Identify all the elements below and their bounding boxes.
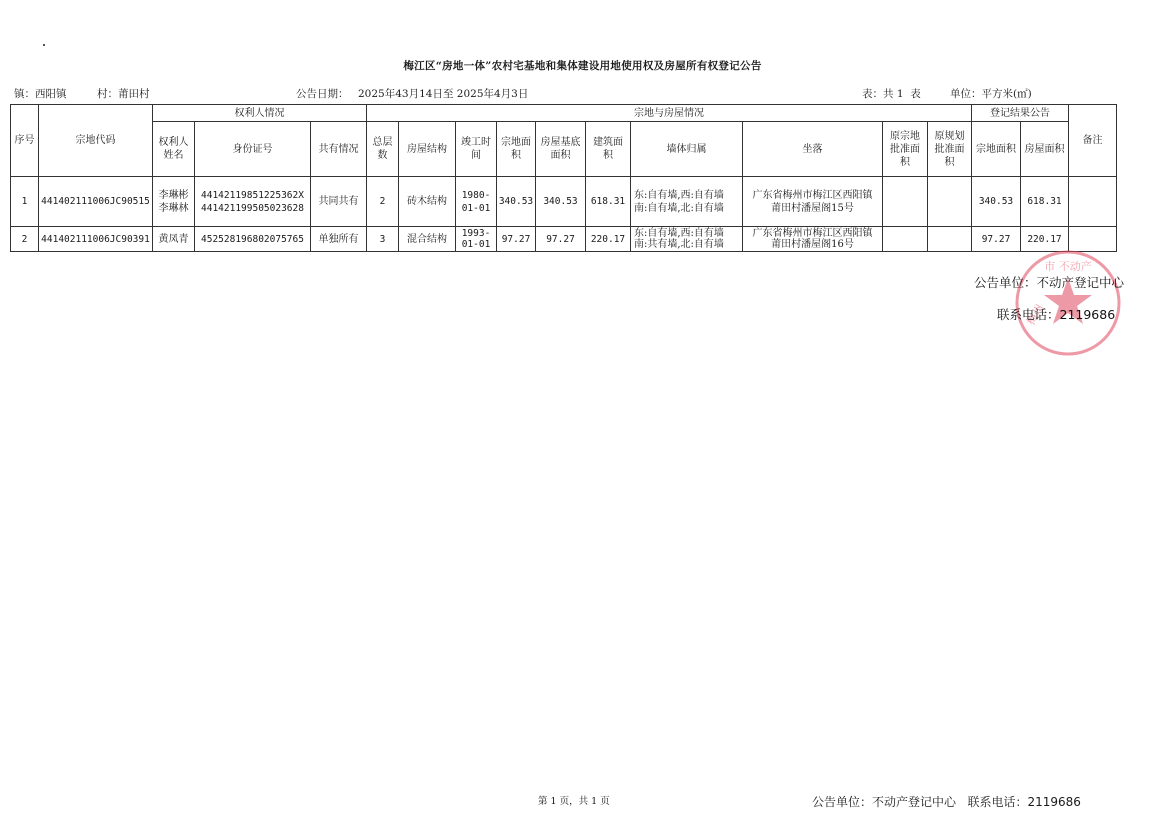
cell-structure: 混合结构 <box>399 227 456 252</box>
cell-wall: 东:自有墙,西:自有墙南:共有墙,北:自有墙 <box>631 227 743 252</box>
svg-text:市 不动产: 市 不动产 <box>1044 259 1092 273</box>
cell-orig-land-approved <box>883 177 928 227</box>
completion-part: 1980- <box>457 189 495 202</box>
cell-land-area: 97.27 <box>497 227 536 252</box>
document-title: 梅江区“房地一体”农村宅基地和集体建设用地使用权及房屋所有权登记公告 <box>0 58 1165 73</box>
registration-table: 序号 宗地代码 权利人情况 宗地与房屋情况 登记结果公告 备注 权利人姓名 身份… <box>10 104 1117 252</box>
cell-co-ownership: 单独所有 <box>311 227 367 252</box>
header-co-ownership: 共有情况 <box>311 122 367 177</box>
cell-location: 广东省梅州市梅江区西阳镇莆田村潘屋阁15号 <box>743 177 883 227</box>
cell-result-land-area: 340.53 <box>972 177 1021 227</box>
completion-part: 01-01 <box>457 202 495 215</box>
cell-holder-name: 黄凤青 <box>153 227 195 252</box>
header-remarks: 备注 <box>1069 105 1117 177</box>
header-orig-plan-approved: 原规划批准面积 <box>928 122 972 177</box>
header-holder-name: 权利人姓名 <box>153 122 195 177</box>
completion-part: 1993- <box>457 228 495 239</box>
unit-label: 单位：平方米(㎡) <box>950 86 1032 101</box>
cell-location: 广东省梅州市梅江区西阳镇莆田村潘屋阁16号 <box>743 227 883 252</box>
cell-holder-name: 李琳彬李琳林 <box>153 177 195 227</box>
cell-co-ownership: 共同共有 <box>311 177 367 227</box>
cell-parcel-code: 441402111006JC90515 <box>39 177 153 227</box>
header-building-area: 建筑面积 <box>586 122 631 177</box>
id-number: 44142119851225362X <box>196 189 309 202</box>
cell-orig-plan-approved <box>928 227 972 252</box>
cell-orig-plan-approved <box>928 177 972 227</box>
header-completion: 竣工时间 <box>456 122 497 177</box>
holder-name: 李琳彬 <box>154 189 193 202</box>
cell-land-area: 340.53 <box>497 177 536 227</box>
header-wall: 墙体归属 <box>631 122 743 177</box>
wall-line: 东:自有墙,西:自有墙 <box>634 228 741 239</box>
notice-date-label: 公告日期： <box>296 86 349 101</box>
cell-base-area: 97.27 <box>536 227 586 252</box>
completion-part: 01-01 <box>457 239 495 250</box>
signature-unit: 公告单位：不动产登记中心 <box>974 273 1124 291</box>
cell-result-house-area: 618.31 <box>1021 177 1069 227</box>
cell-building-area: 220.17 <box>586 227 631 252</box>
header-structure: 房屋结构 <box>399 122 456 177</box>
holder-name: 李琳林 <box>154 202 193 215</box>
cell-seq: 2 <box>11 227 39 252</box>
cell-building-area: 618.31 <box>586 177 631 227</box>
cell-wall: 东:自有墙,西:自有墙南:自有墙,北:自有墙 <box>631 177 743 227</box>
location-line: 广东省梅州市梅江区西阳镇 <box>744 189 881 202</box>
wall-line: 东:自有墙,西:自有墙 <box>634 189 741 202</box>
cell-completion: 1980-01-01 <box>456 177 497 227</box>
town-label: 镇：西阳镇 <box>14 86 67 101</box>
header-result-house-area: 房屋面积 <box>1021 122 1069 177</box>
cell-base-area: 340.53 <box>536 177 586 227</box>
wall-line: 南:共有墙,北:自有墙 <box>634 239 741 250</box>
notice-date-value: 2025年43月14日至 2025年4月3日 <box>358 86 528 101</box>
header-result-land-area: 宗地面积 <box>972 122 1021 177</box>
official-seal-icon: 市 不动产 梅州 <box>1013 248 1123 358</box>
table-count: 表：共 1 表 <box>862 86 921 101</box>
location-line: 莆田村潘屋阁16号 <box>744 239 881 250</box>
header-floors: 总层数 <box>367 122 399 177</box>
header-land-area: 宗地面积 <box>497 122 536 177</box>
header-parcel-code: 宗地代码 <box>39 105 153 177</box>
header-location: 坐落 <box>743 122 883 177</box>
table-row: 1 441402111006JC90515 李琳彬李琳林 44142119851… <box>11 177 1117 227</box>
footer-unit-phone: 公告单位：不动产登记中心 联系电话：2119686 <box>812 793 1081 810</box>
cell-parcel-code: 441402111006JC90391 <box>39 227 153 252</box>
page-indicator: 第 1 页，共 1 页 <box>538 793 610 807</box>
id-number: 441421199505023628 <box>196 202 309 215</box>
cell-seq: 1 <box>11 177 39 227</box>
cell-floors: 2 <box>367 177 399 227</box>
header-id-number: 身份证号 <box>195 122 311 177</box>
group-header-land-house: 宗地与房屋情况 <box>367 105 972 122</box>
village-label: 村：莆田村 <box>97 86 150 101</box>
signature-phone: 联系电话：2119686 <box>997 305 1115 323</box>
cell-structure: 砖木结构 <box>399 177 456 227</box>
scan-speck <box>43 44 45 46</box>
cell-completion: 1993-01-01 <box>456 227 497 252</box>
cell-remarks <box>1069 177 1117 227</box>
cell-id-number: 44142119851225362X441421199505023628 <box>195 177 311 227</box>
cell-floors: 3 <box>367 227 399 252</box>
location-line: 广东省梅州市梅江区西阳镇 <box>744 228 881 239</box>
location-line: 莆田村潘屋阁15号 <box>744 202 881 215</box>
header-seq: 序号 <box>11 105 39 177</box>
cell-orig-land-approved <box>883 227 928 252</box>
wall-line: 南:自有墙,北:自有墙 <box>634 202 741 215</box>
header-orig-land-approved: 原宗地批准面积 <box>883 122 928 177</box>
table-row: 2 441402111006JC90391 黄凤青 45252819680207… <box>11 227 1117 252</box>
group-header-rights-holder: 权利人情况 <box>153 105 367 122</box>
header-base-area: 房屋基底面积 <box>536 122 586 177</box>
cell-id-number: 452528196802075765 <box>195 227 311 252</box>
group-header-result: 登记结果公告 <box>972 105 1069 122</box>
